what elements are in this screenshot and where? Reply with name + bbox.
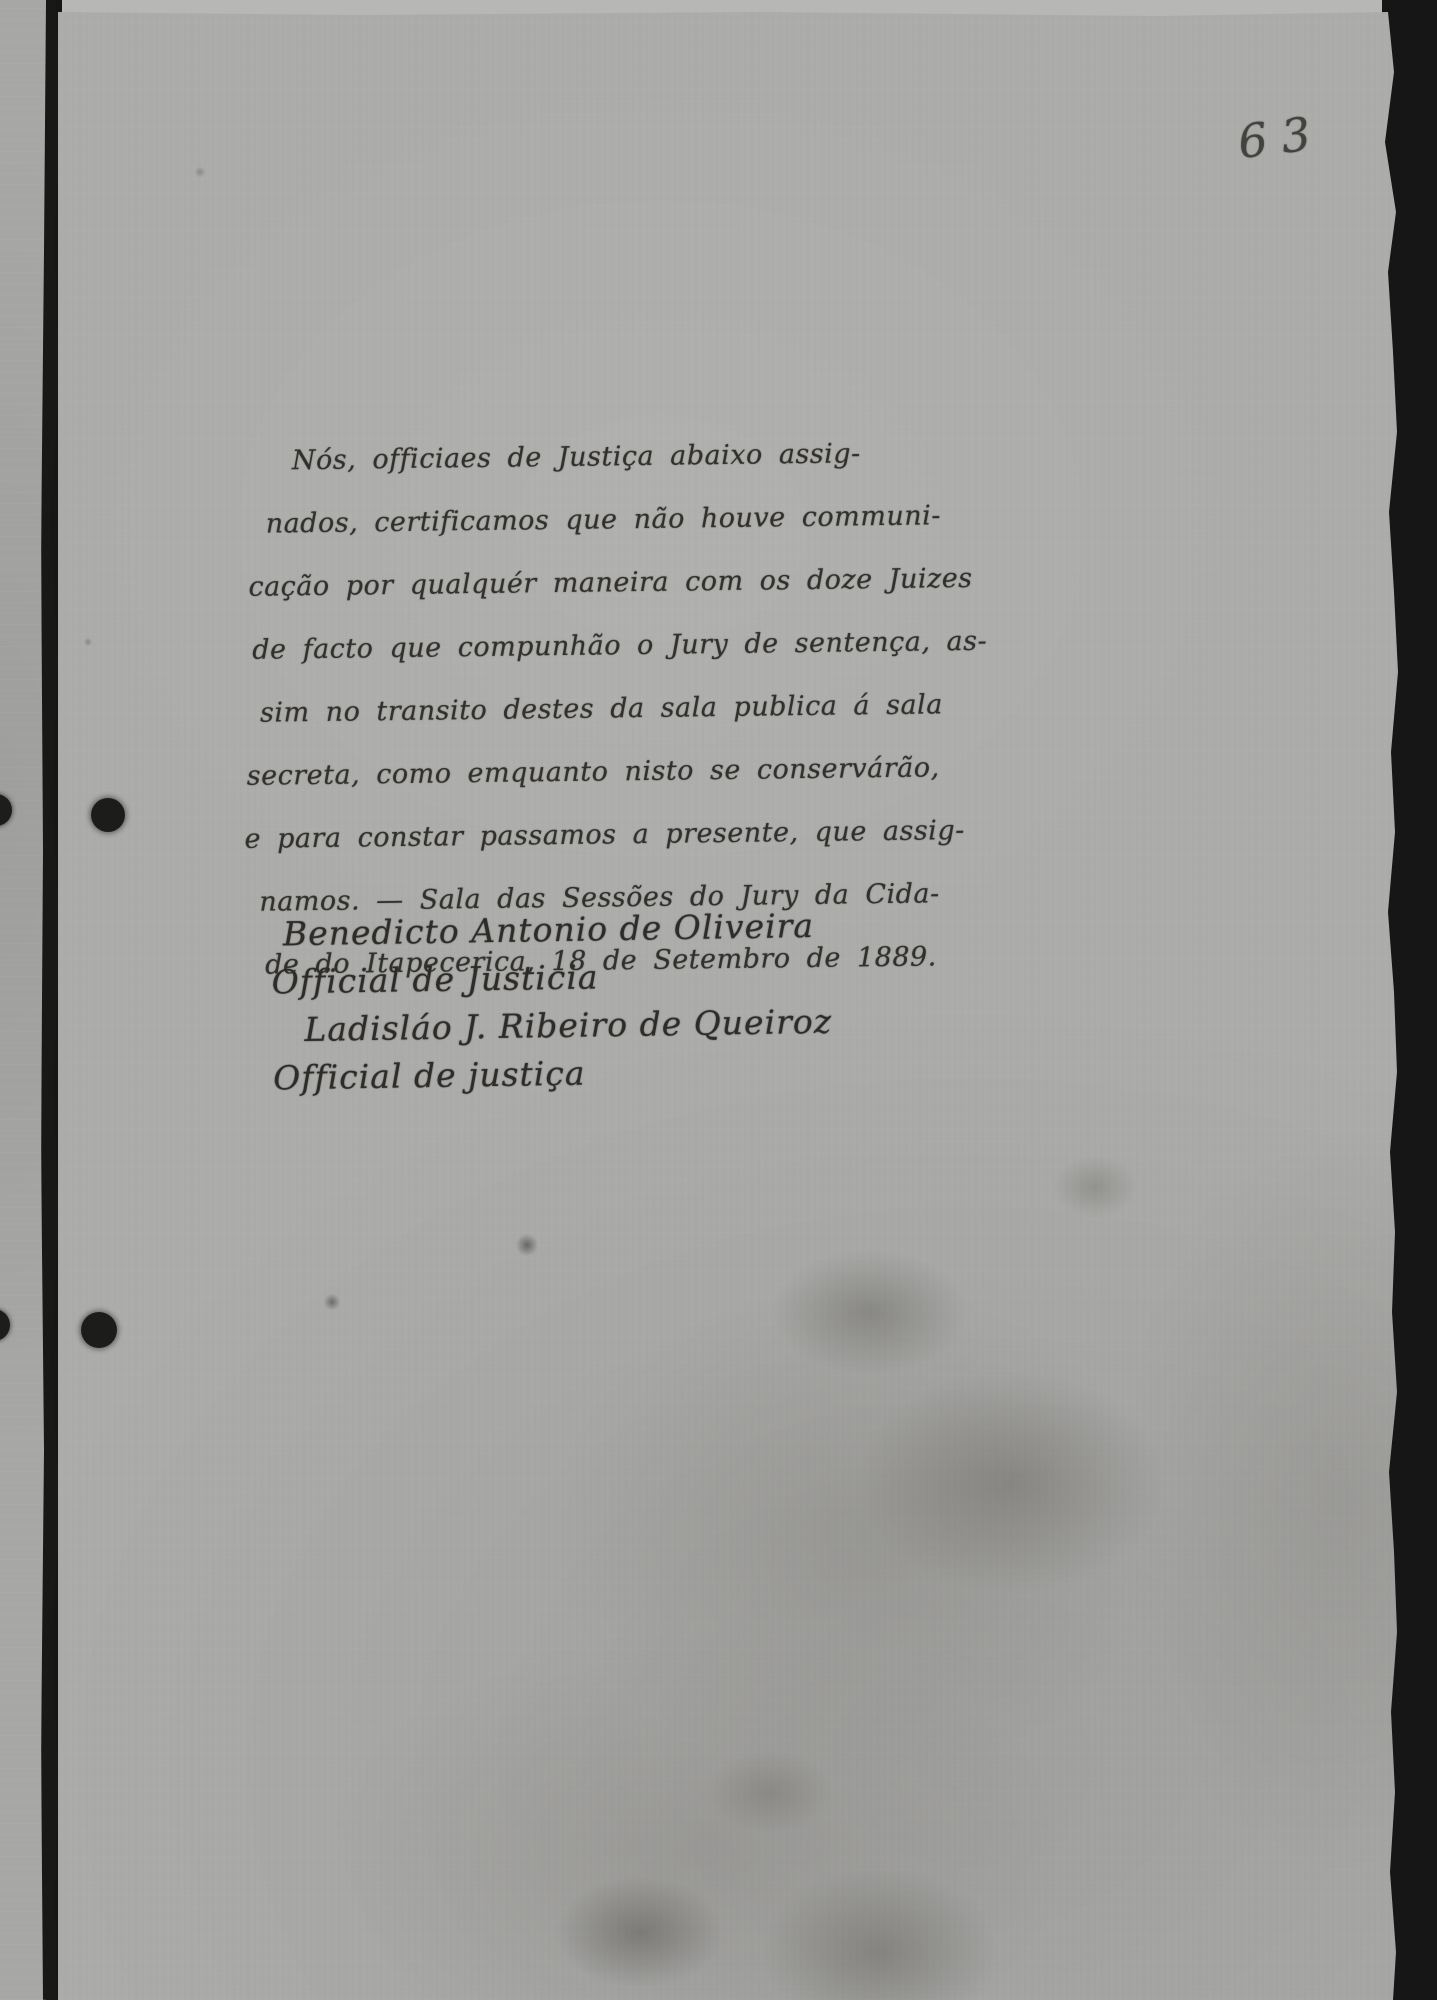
- scanned-document: 63 Nós, officiaes de Justiça abaixo assi…: [0, 0, 1437, 2000]
- manuscript-line: nados, certificamos que não houve commun…: [265, 483, 1038, 555]
- manuscript-line: secreta, como emquanto nisto se conservá…: [246, 735, 1041, 808]
- signature-block: Benedicto Antonio de Oliveira Official d…: [271, 900, 974, 1103]
- manuscript-line: cação por qualquér maneira com os doze J…: [248, 546, 1039, 619]
- manuscript-line: e para constar passamos a presente, que …: [244, 798, 1042, 871]
- manuscript-line: de facto que compunhão o Jury de sentenç…: [252, 609, 1040, 682]
- manuscript-line: Nós, officiaes de Justiça abaixo assig-: [292, 420, 1038, 492]
- punch-hole: [0, 794, 12, 826]
- manuscript-page: 63 Nós, officiaes de Justiça abaixo assi…: [58, 12, 1398, 2000]
- facing-page-edge: [0, 0, 46, 2000]
- page-number: 63: [1235, 105, 1327, 169]
- punch-hole: [0, 1309, 10, 1341]
- punch-hole: [81, 1312, 117, 1348]
- manuscript-line: sim no transito destes da sala publica á…: [260, 672, 1041, 745]
- signature-role: Official de justiça: [273, 1043, 974, 1102]
- punch-hole: [91, 798, 125, 832]
